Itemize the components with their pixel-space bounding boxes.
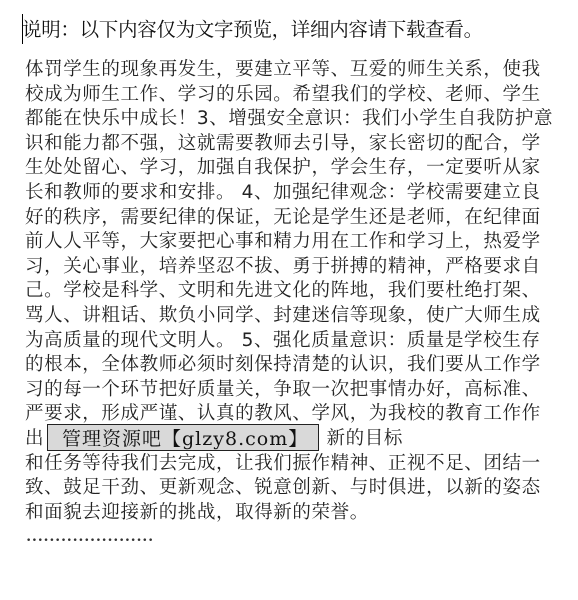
text-line: 骂人、讲粗话、欺负小同学、封建迷信等现象，使广大师生成 [25, 304, 555, 329]
text-line: 和面貌去迎接新的挑战，取得新的荣誉。 [25, 501, 555, 526]
watermark-banner: 管理资源吧【glzy8.com】 [47, 424, 319, 451]
text-line: 致、鼓足干劲、更新观念、锐意创新、与时俱进，以新的姿态 [25, 476, 555, 501]
text-line: 长和教师的要求和安排。 4、加强纪律观念：学校需要建立良 [25, 181, 555, 206]
text-line: 习，关心事业，培养坚忍不拔、勇于拼搏的精神，严格要求自 [25, 255, 555, 280]
preview-notice: 说明：以下内容仅为文字预览，详细内容请下载查看。 [22, 16, 483, 44]
text-line: 前人人平等，大家要把心事和精力用在工作和学习上，热爱学 [25, 230, 555, 255]
text-line: 为高质量的现代文明人。 5、强化质量意识：质量是学校生存 [25, 329, 555, 354]
text-line: 体罚学生的现象再发生，要建立平等、互爱的师生关系，使我 [25, 58, 555, 83]
text-line: 识和能力都不强，这就需要教师去引导，家长密切的配合，学 [25, 132, 555, 157]
text-line: 的根本，全体教师必须时刻保持清楚的认识，我们要从工作学 [25, 353, 555, 378]
continuation-ellipsis: •••••••••••••••••••••• [26, 536, 154, 546]
text-line: 生处处留心、学习，加强自我保护，学会生存，一定要听从家 [25, 156, 555, 181]
document-body: 体罚学生的现象再发生，要建立平等、互爱的师生关系，使我 校成为师生工作、学习的乐… [25, 58, 555, 525]
text-line: 都能在快乐中成长！3、增强安全意识：我们小学生自我防护意 [25, 107, 555, 132]
text-line: 己。学校是科学、文明和先进文化的阵地，我们要杜绝打架、 [25, 279, 555, 304]
text-line: 习的每一个环节把好质量关，争取一次把事情办好，高标准、 [25, 378, 555, 403]
text-line: 好的秩序，需要纪律的保证，无论是学生还是老师，在纪律面 [25, 206, 555, 231]
text-line: 和任务等待我们去完成，让我们振作精神、正视不足、团结一 [25, 452, 555, 477]
text-line: 校成为师生工作、学习的乐园。希望我们的学校、老师、学生 [25, 83, 555, 108]
